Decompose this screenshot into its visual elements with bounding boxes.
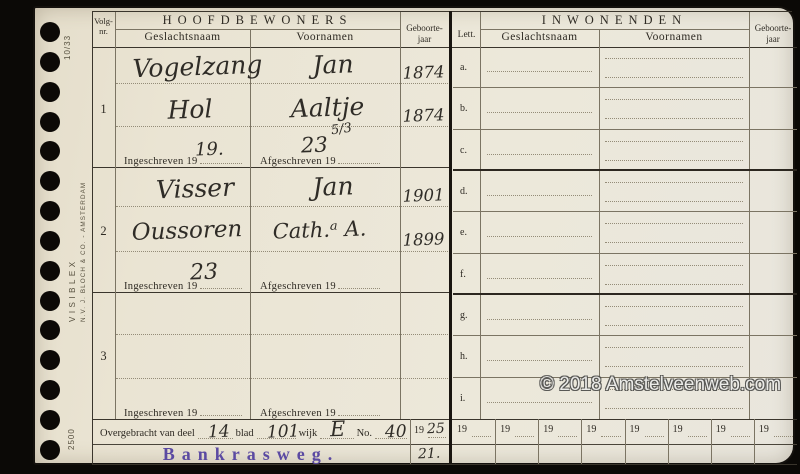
write-line bbox=[487, 71, 592, 72]
firstnames-handwritten: Aaltje bbox=[270, 91, 386, 124]
write-line bbox=[605, 182, 743, 183]
punch-hole bbox=[40, 112, 60, 132]
write-line bbox=[605, 306, 743, 307]
column-header-birthyear-left: Geboorte- jaar bbox=[400, 23, 449, 45]
surname-handwritten: Hol bbox=[130, 93, 251, 126]
punch-hole bbox=[40, 231, 60, 251]
write-line bbox=[605, 201, 743, 202]
year-cell: 19 bbox=[495, 419, 538, 464]
grid-line bbox=[115, 29, 400, 30]
punch-hole bbox=[40, 320, 60, 340]
punch-hole bbox=[40, 52, 60, 72]
street-name-stamp: Bankrasweg. bbox=[163, 444, 340, 465]
street-row: Bankrasweg. bbox=[92, 444, 410, 464]
punch-hole bbox=[40, 82, 60, 102]
punch-hole bbox=[40, 141, 60, 161]
ingeschreven-value: 19. bbox=[195, 139, 224, 161]
wijk-value: E bbox=[330, 417, 346, 442]
year-cell: 19 bbox=[668, 419, 711, 464]
write-slot bbox=[200, 405, 242, 416]
center-divider bbox=[449, 11, 452, 464]
volgnr-value: 1 bbox=[92, 102, 115, 117]
volgnr-value: 3 bbox=[92, 349, 115, 364]
year-cell: 19 bbox=[625, 419, 668, 464]
write-slot bbox=[472, 436, 491, 437]
volgnr-value: 2 bbox=[92, 224, 115, 239]
year-cell: 19 bbox=[581, 419, 624, 464]
write-slot bbox=[731, 436, 750, 437]
scan-background: 10/33 VISIBLEX N.V. J. BLOCH & CO. - AMS… bbox=[0, 0, 800, 474]
form-number: 10/33 bbox=[63, 14, 72, 60]
inwonenden-row: a. bbox=[453, 47, 797, 88]
section-title-inwonenden: INWONENDEN bbox=[480, 13, 749, 28]
section-title-hoofdbewoners: HOOFDBEWONERS bbox=[115, 13, 400, 28]
ingeschreven-label: Ingeschreven 19 bbox=[124, 153, 242, 167]
write-slot bbox=[338, 153, 380, 164]
copyright-watermark: © 2018 Amstelveenweb.com bbox=[540, 374, 800, 396]
write-line bbox=[487, 319, 592, 320]
printer-name: N.V. J. BLOCH & CO. - AMSTERDAM bbox=[80, 146, 87, 322]
deel-value: 14 bbox=[208, 422, 230, 443]
write-line bbox=[605, 118, 743, 119]
year-cell: 19 bbox=[538, 419, 581, 464]
write-line bbox=[605, 347, 743, 348]
inwonenden-row: c. bbox=[453, 130, 797, 171]
write-line bbox=[605, 284, 743, 285]
register-card: 10/33 VISIBLEX N.V. J. BLOCH & CO. - AMS… bbox=[33, 6, 795, 465]
write-line bbox=[116, 378, 448, 379]
punch-hole bbox=[40, 410, 60, 430]
write-line bbox=[605, 99, 743, 100]
surname-handwritten: Visser bbox=[130, 172, 261, 206]
punch-hole bbox=[40, 440, 60, 460]
column-header-surname-right: Geslachtsnaam bbox=[480, 31, 599, 43]
birthyear-handwritten: 1874 bbox=[401, 62, 447, 83]
afgeschreven-note: 5/3 bbox=[330, 121, 353, 139]
firstnames-handwritten: Jan bbox=[283, 48, 384, 80]
grid-line bbox=[115, 12, 116, 419]
birthyear-handwritten: 1901 bbox=[401, 185, 447, 206]
column-header-firstnames-left: Voornamen bbox=[250, 31, 400, 43]
column-header-lett: Lett. bbox=[453, 30, 480, 40]
write-slot: 14 bbox=[198, 427, 233, 439]
write-line bbox=[605, 58, 743, 59]
year-cell-current: 19 25 bbox=[410, 419, 449, 444]
write-line bbox=[605, 141, 743, 142]
column-header-volgnr: Volg- nr. bbox=[92, 16, 115, 36]
punch-hole bbox=[40, 350, 60, 370]
year-cell: 19 bbox=[711, 419, 754, 464]
column-header-birthyear-right: Geboorte- jaar bbox=[749, 23, 797, 45]
write-line bbox=[116, 334, 448, 335]
afgeschreven-label: Afgeschreven 19 bbox=[260, 405, 380, 419]
afgeschreven-value: 23 bbox=[301, 133, 329, 158]
inwonenden-row: h. bbox=[453, 336, 797, 377]
write-slot: 40 bbox=[375, 427, 407, 439]
write-line bbox=[605, 325, 743, 326]
year-cell: 19 bbox=[453, 419, 495, 464]
write-slot: 101 bbox=[257, 427, 296, 439]
write-slot: E bbox=[320, 427, 353, 439]
write-line bbox=[116, 83, 448, 84]
punch-hole bbox=[40, 291, 60, 311]
street-year-value: 21. bbox=[418, 446, 441, 463]
firstnames-handwritten: Jan bbox=[283, 170, 384, 202]
write-line bbox=[487, 112, 592, 113]
inwonenden-row: b. bbox=[453, 88, 797, 129]
write-line bbox=[487, 236, 592, 237]
write-slot bbox=[774, 436, 793, 437]
write-slot bbox=[601, 436, 620, 437]
write-slot bbox=[558, 436, 577, 437]
year-columns: 19 19 19 19 19 19 19 19 bbox=[453, 419, 797, 464]
write-line bbox=[605, 265, 743, 266]
brand-name: VISIBLEX bbox=[68, 146, 77, 322]
no-value: 40 bbox=[385, 422, 407, 443]
printer-imprint: VISIBLEX N.V. J. BLOCH & CO. - AMSTERDAM bbox=[68, 146, 87, 322]
column-header-firstnames-right: Voornamen bbox=[599, 31, 749, 43]
column-header-surname-left: Geslachtsnaam bbox=[115, 31, 250, 43]
inwonenden-row: g. bbox=[453, 295, 797, 336]
write-line bbox=[605, 366, 743, 367]
surname-handwritten: Vogelzang bbox=[120, 49, 276, 83]
write-slot bbox=[688, 436, 707, 437]
transfer-row: Overgebracht van deel 14 blad 101 wijk E… bbox=[92, 419, 410, 444]
surname-handwritten: Oussoren bbox=[117, 216, 258, 247]
punch-holes bbox=[40, 22, 60, 460]
afgeschreven-label: Afgeschreven 19 bbox=[260, 278, 380, 292]
blad-value: 101 bbox=[266, 421, 299, 442]
grid-line bbox=[480, 29, 749, 30]
year-value: 25 bbox=[427, 421, 445, 438]
print-run: 2500 bbox=[67, 408, 76, 450]
write-line bbox=[116, 126, 448, 127]
write-line bbox=[487, 360, 592, 361]
write-line bbox=[605, 408, 743, 409]
write-slot bbox=[645, 436, 664, 437]
punch-hole bbox=[40, 171, 60, 191]
inwonenden-row: f. bbox=[453, 254, 797, 295]
write-slot bbox=[338, 405, 380, 416]
write-line bbox=[605, 242, 743, 243]
punch-hole bbox=[40, 22, 60, 42]
punch-hole bbox=[40, 380, 60, 400]
write-line bbox=[487, 278, 592, 279]
inwonenden-row: e. bbox=[453, 212, 797, 253]
write-line bbox=[116, 251, 448, 252]
punch-hole bbox=[40, 261, 60, 281]
birthyear-handwritten: 1874 bbox=[401, 105, 447, 126]
write-line bbox=[605, 77, 743, 78]
write-line bbox=[605, 160, 743, 161]
write-slot bbox=[338, 278, 380, 289]
grid-line bbox=[92, 11, 792, 12]
ingeschreven-label: Ingeschreven 19 bbox=[124, 278, 242, 292]
write-line bbox=[487, 154, 592, 155]
punch-hole bbox=[40, 201, 60, 221]
year-cell: 19 bbox=[754, 419, 797, 464]
write-line bbox=[116, 206, 448, 207]
inwonenden-row: d. bbox=[453, 171, 797, 212]
write-line bbox=[487, 195, 592, 196]
write-slot bbox=[515, 436, 534, 437]
firstnames-handwritten: Cath.ᵃ A. bbox=[257, 216, 383, 244]
write-line bbox=[605, 223, 743, 224]
birthyear-handwritten: 1899 bbox=[401, 229, 447, 250]
ingeschreven-label: Ingeschreven 19 bbox=[124, 405, 242, 419]
ingeschreven-value: 23 bbox=[190, 260, 219, 286]
write-line bbox=[487, 402, 592, 403]
